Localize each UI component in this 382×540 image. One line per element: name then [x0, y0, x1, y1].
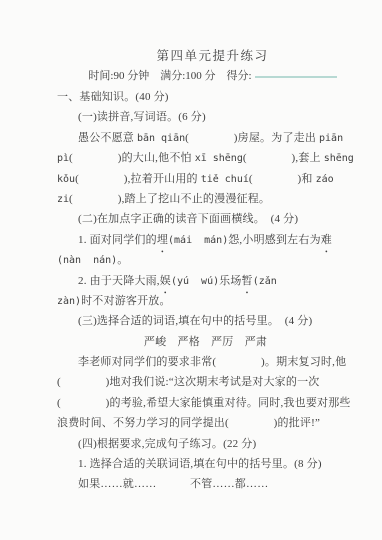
pinyin-segment: (yú wú): [171, 276, 219, 287]
text-segment: (三)选择合适的词语,填在句中的括号里。 (4 分): [78, 315, 312, 327]
pinyin-segment: (zǎn: [253, 276, 277, 287]
text-segment: ( ),套上: [243, 152, 324, 164]
pinyin-segment: shēng: [324, 153, 354, 164]
text-segment: ( )房屋。为了走出: [185, 132, 319, 144]
text-segment: ( ),踏上了挖山不止的漫漫征程。: [69, 193, 270, 205]
pronunciation-item-1: 1. 面对同学们的埋(mái mán)怨,小明感到左右为难: [57, 230, 368, 250]
text-segment: 愚公不愿意: [78, 132, 137, 144]
section-1-heading: 一、基础知识。(40 分): [57, 87, 368, 107]
pinyin-segment: záo: [316, 174, 334, 185]
text-segment: 浪费时间、不努力学习的同学提出( )的批评!”: [57, 417, 320, 429]
pinyin-segment: (mái mán): [168, 235, 228, 246]
pinyin-passage-line: pì( )的大山,他不怕 xī shēng( ),套上 shēng: [57, 148, 368, 168]
pronunciation-item-2-cont: zàn)时不对游客开放。: [57, 291, 368, 311]
pinyin-segment: tiě chuí: [201, 174, 249, 185]
pinyin-segment: kǒu: [57, 174, 75, 185]
text-segment: ( ),拉着开山用的: [75, 173, 201, 185]
exam-meta-text: 时间:90 分钟 满分:100 分 得分:: [88, 70, 251, 82]
text-segment: 怨,小明感到左右为: [228, 234, 321, 246]
text-segment: 。: [117, 254, 128, 266]
pinyin-segment: piān: [319, 133, 343, 144]
dotted-emphasis-char: 暂: [242, 271, 253, 291]
pinyin-segment: zi: [57, 194, 69, 205]
text-segment: 2. 由于天降大雨,: [78, 275, 160, 287]
word-choice-passage: ( )地对我们说:“这次期末考试是对大家的一次: [57, 372, 368, 392]
dotted-emphasis-char: 难: [321, 230, 332, 250]
text-segment: 严峻 严格 严厉 严肃: [144, 336, 267, 348]
pinyin-segment: zàn): [57, 296, 81, 307]
pinyin-segment: pì: [57, 153, 69, 164]
word-choice-passage: ( )的考验,希望大家能慎重对待。同时,我也要对那些: [57, 393, 368, 413]
pronunciation-item-1-cont: (nàn nán)。: [57, 250, 368, 270]
pinyin-segment: xī shēng: [195, 153, 243, 164]
text-segment: 时不对游客开放。: [81, 295, 171, 307]
exam-title: 第四单元提升练习: [57, 46, 368, 66]
sentence-exercise-1: 1. 选择合适的关联词语,填在句中的括号里。(8 分): [57, 454, 368, 474]
text-segment: 一、基础知识。(40 分): [57, 91, 169, 103]
text-segment: (四)根据要求,完成句子练习。(22 分): [78, 438, 256, 450]
pinyin-passage-line: 愚公不愿意 bān qiān( )房屋。为了走出 piān: [57, 128, 368, 148]
pinyin-segment: bān qiān: [137, 133, 185, 144]
pinyin-passage-line: kǒu( ),拉着开山用的 tiě chuí( )和 záo: [57, 169, 368, 189]
pronunciation-item-2: 2. 由于天降大雨,娱(yú wú)乐场暂(zǎn: [57, 271, 368, 291]
conjunction-word-bank: 如果……就…… 不管……都……: [57, 474, 368, 494]
text-segment: 1. 选择合适的关联词语,填在句中的括号里。(8 分): [78, 458, 322, 470]
text-segment: ( )的大山,他不怕: [69, 152, 195, 164]
part-3-heading: (三)选择合适的词语,填在句中的括号里。 (4 分): [57, 311, 368, 331]
pinyin-segment: (nàn nán): [57, 255, 117, 266]
text-segment: ( )的考验,希望大家能慎重对待。同时,我也要对那些: [57, 397, 351, 409]
text-segment: (一)读拼音,写词语。(6 分): [78, 111, 206, 123]
part-2-heading: (二)在加点字正确的读音下面画横线。 (4 分): [57, 209, 368, 229]
word-choice-passage: 李老师对同学们的要求非常( )。期末复习时,他: [57, 352, 368, 372]
exam-meta: 时间:90 分钟 满分:100 分 得分:: [57, 66, 368, 87]
dotted-emphasis-char: 娱: [160, 271, 171, 291]
exam-body: 一、基础知识。(40 分)(一)读拼音,写词语。(6 分)愚公不愿意 bān q…: [57, 87, 368, 495]
text-segment: 乐场: [219, 275, 241, 287]
text-segment: ( )地对我们说:“这次期末考试是对大家的一次: [57, 376, 319, 388]
dotted-emphasis-char: 埋: [157, 230, 168, 250]
text-segment: (二)在加点字正确的读音下面画横线。 (4 分): [78, 213, 298, 225]
score-underline: [255, 76, 337, 78]
part-4-heading: (四)根据要求,完成句子练习。(22 分): [57, 434, 368, 454]
text-segment: 如果……就…… 不管……都……: [78, 478, 268, 490]
text-segment: ( )和: [249, 173, 316, 185]
word-bank: 严峻 严格 严厉 严肃: [57, 332, 368, 352]
pinyin-passage-line: zi( ),踏上了挖山不止的漫漫征程。: [57, 189, 368, 209]
text-segment: 李老师对同学们的要求非常( )。期末复习时,他: [78, 356, 346, 368]
exam-document: 第四单元提升练习 时间:90 分钟 满分:100 分 得分: 一、基础知识。(4…: [0, 0, 382, 540]
word-choice-passage: 浪费时间、不努力学习的同学提出( )的批评!”: [57, 413, 368, 433]
part-1-heading: (一)读拼音,写词语。(6 分): [57, 107, 368, 127]
text-segment: 1. 面对同学们的: [78, 234, 157, 246]
